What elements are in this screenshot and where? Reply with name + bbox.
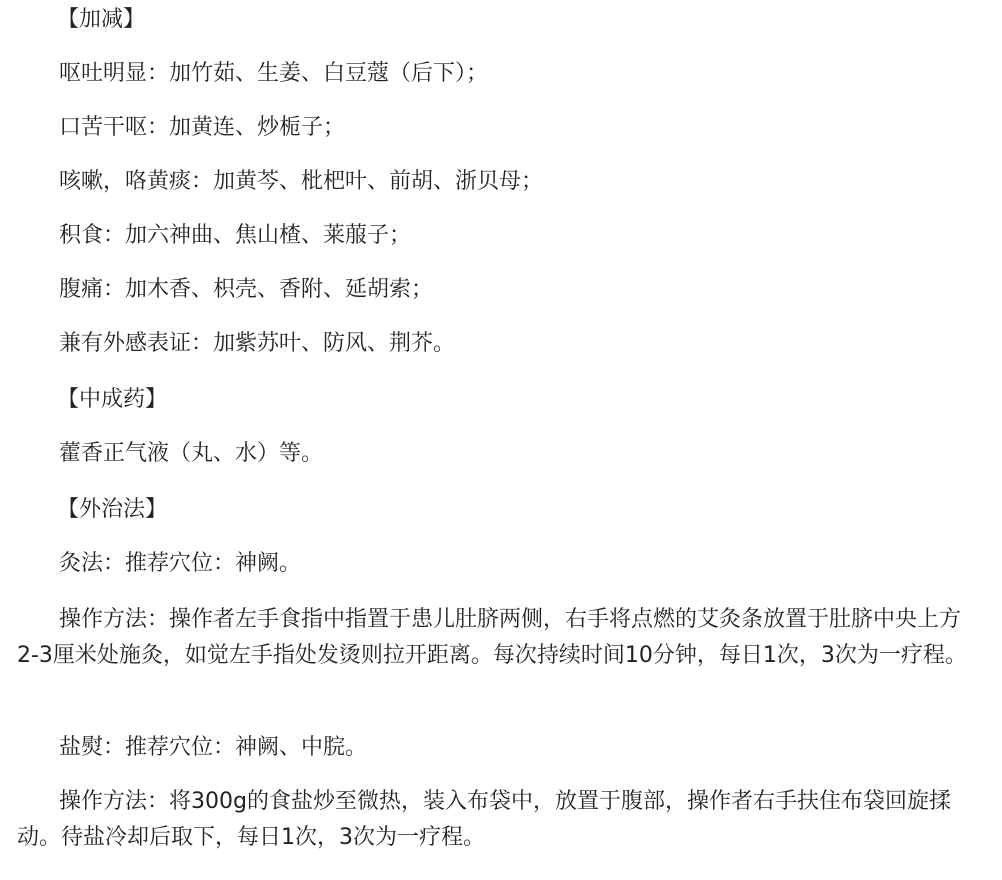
paragraph-abdominal-pain: 腹痛：加木香、枳壳、香附、延胡索；: [17, 272, 979, 308]
paragraph-huoxiang: 藿香正气液（丸、水）等。: [17, 436, 979, 472]
section-heading-external-treatment: 【外治法】: [17, 492, 979, 528]
section-heading-modifications: 【加减】: [17, 2, 979, 38]
paragraph-moxibustion-method: 操作方法：操作者左手食指中指置于患儿肚脐两侧，右手将点燃的艾灸条放置于肚脐中央上…: [17, 602, 979, 674]
paragraph-salt-compress-method: 操作方法：将300g的食盐炒至微热，装入布袋中，放置于腹部，操作者右手扶住布袋回…: [17, 784, 979, 856]
paragraph-vomiting: 呕吐明显：加竹茹、生姜、白豆蔻（后下）；: [17, 56, 979, 92]
document-body: 【加减】 呕吐明显：加竹茹、生姜、白豆蔻（后下）； 口苦干呕：加黄连、炒栀子； …: [0, 0, 1002, 880]
paragraph-bitter-mouth: 口苦干呕：加黄连、炒栀子；: [17, 110, 979, 146]
paragraph-exterior-syndrome: 兼有外感表证：加紫苏叶、防风、荆芥。: [17, 326, 979, 362]
section-heading-patent-medicine: 【中成药】: [17, 382, 979, 418]
paragraph-moxibustion: 灸法：推荐穴位：神阙。: [17, 546, 979, 582]
paragraph-salt-compress: 盐熨：推荐穴位：神阙、中脘。: [17, 730, 979, 766]
paragraph-cough: 咳嗽，咯黄痰：加黄芩、枇杷叶、前胡、浙贝母；: [17, 164, 979, 200]
paragraph-food-stagnation: 积食：加六神曲、焦山楂、莱菔子；: [17, 218, 979, 254]
